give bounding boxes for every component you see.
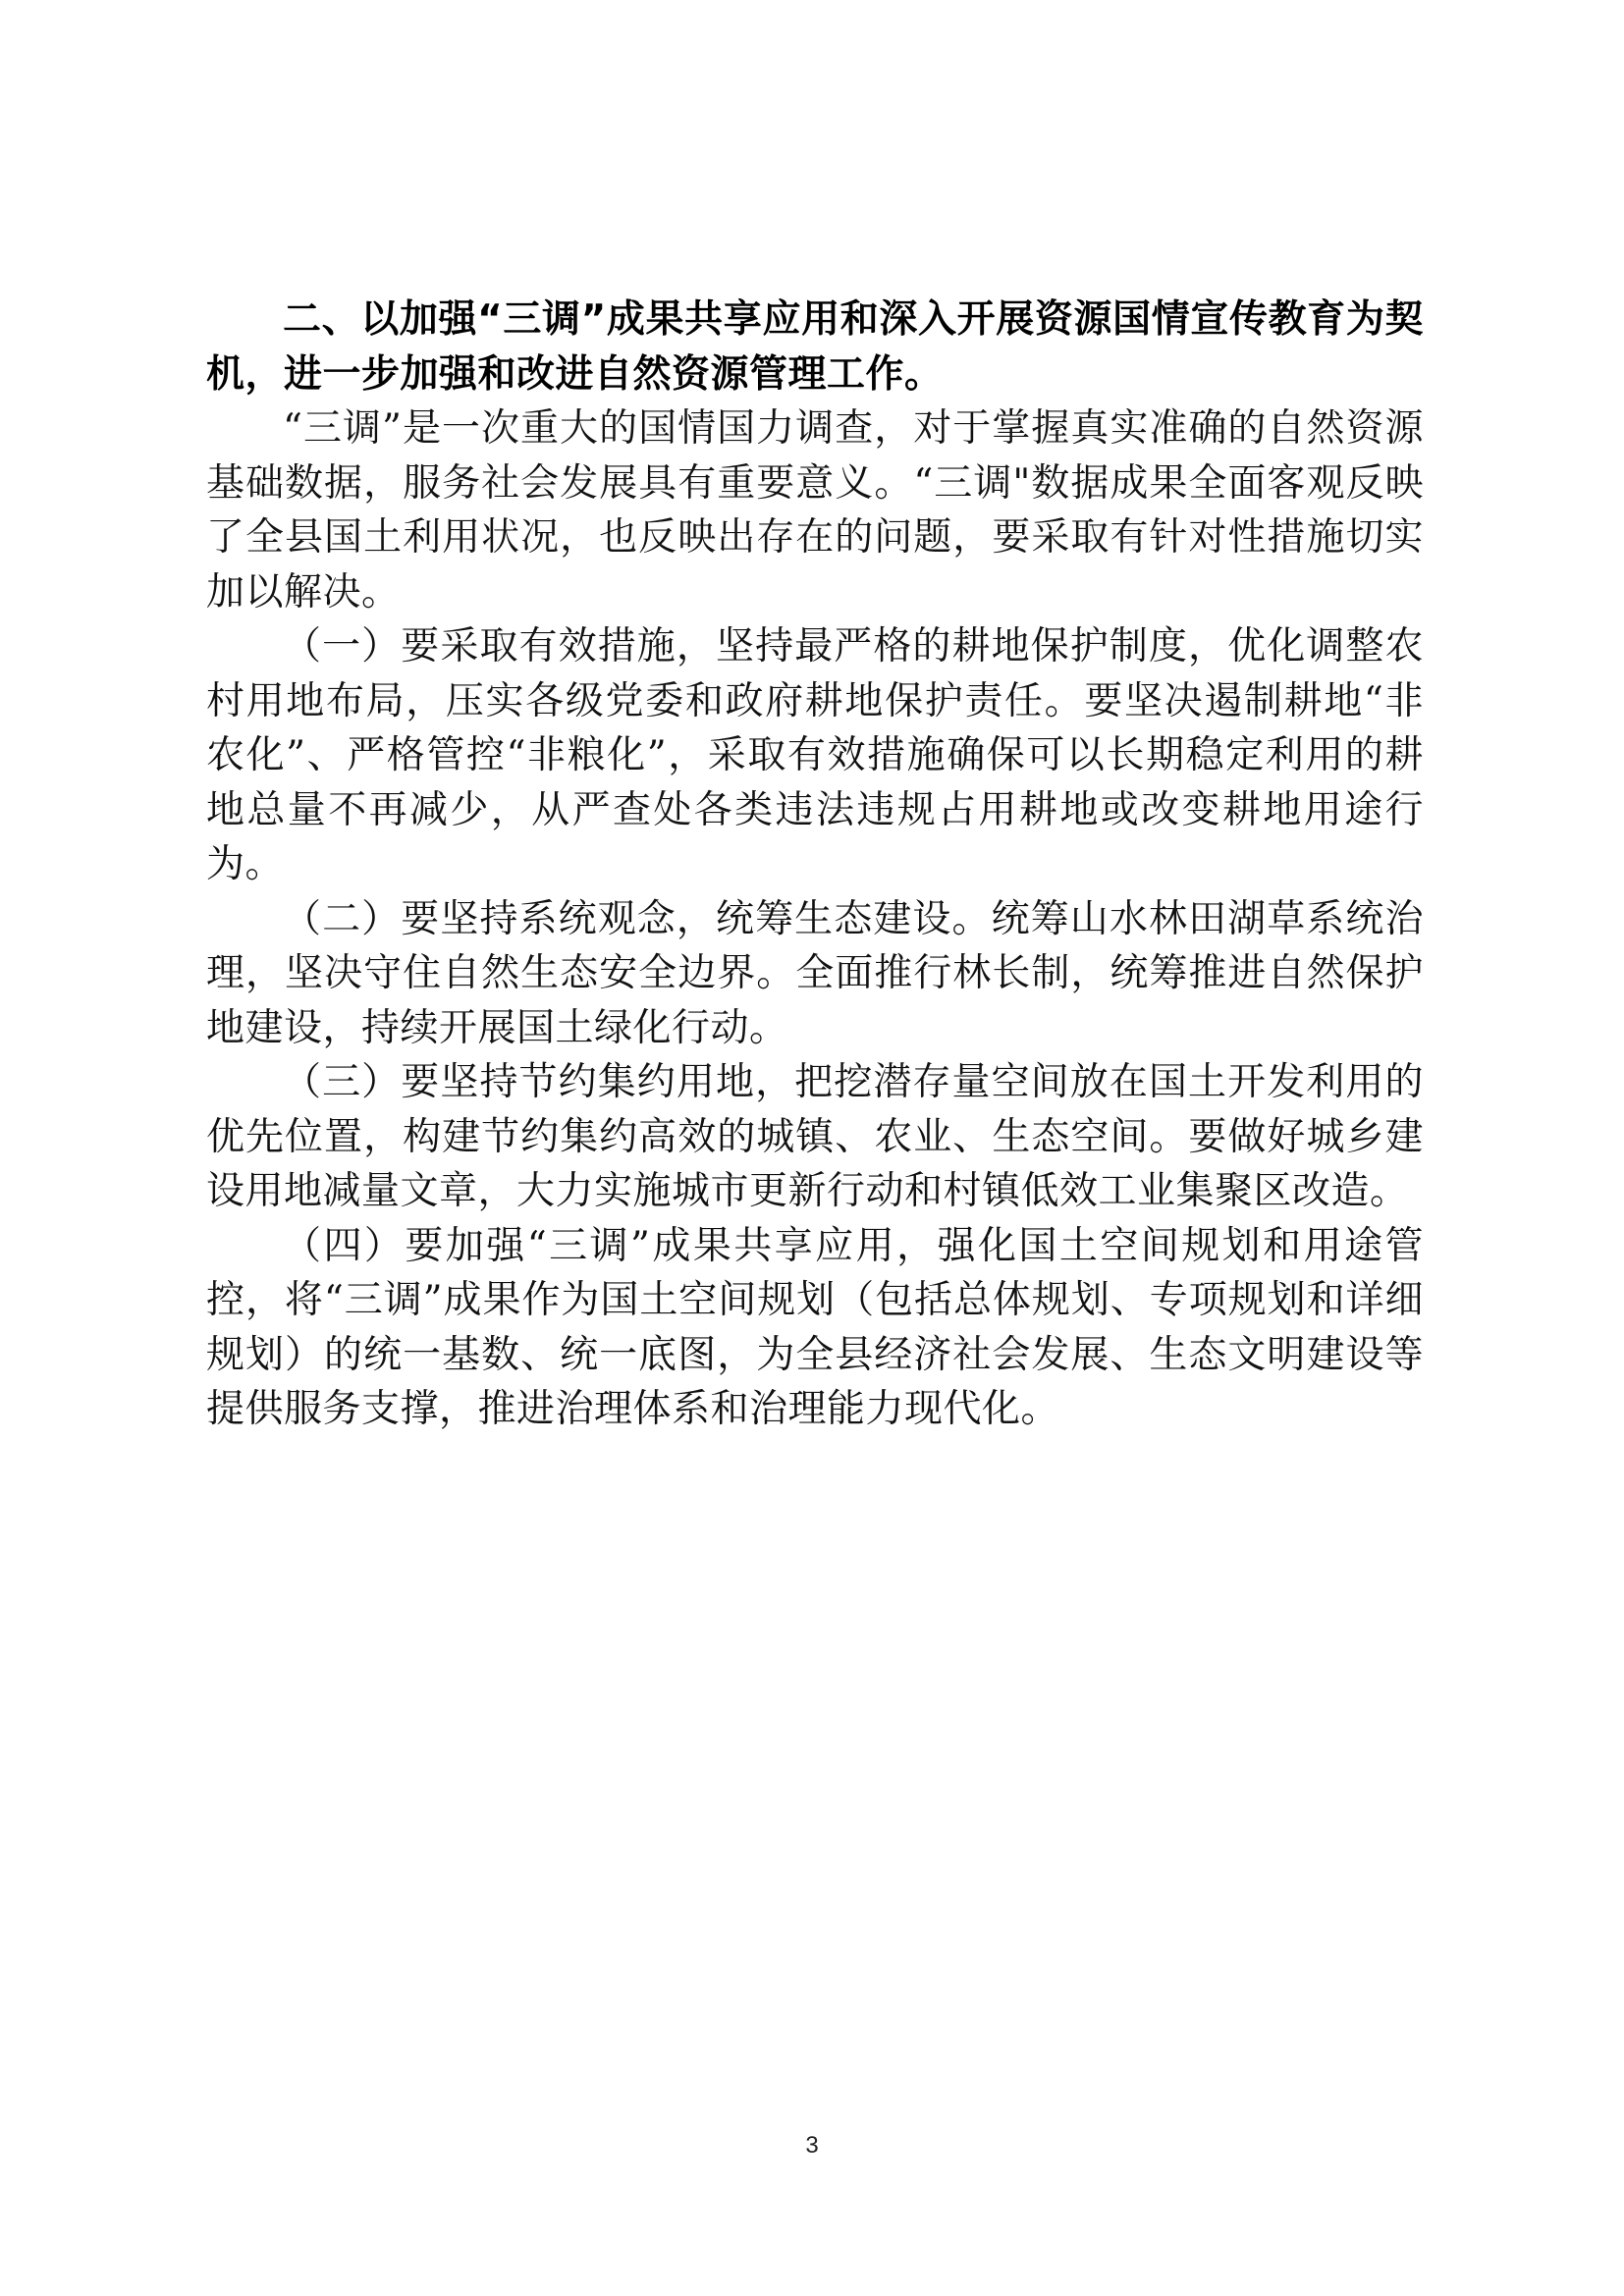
paragraph-intro: “三调”是一次重大的国情国力调查，对于掌握真实准确的自然资源基础数据，服务社会发… <box>206 401 1424 619</box>
document-page: 二、以加强“三调”成果共享应用和深入开展资源国情宣传教育为契机，进一步加强和改进… <box>0 0 1624 2296</box>
paragraph-item-1: （一）要采取有效措施，坚持最严格的耕地保护制度，优化调整农村用地布局，压实各级党… <box>206 619 1424 892</box>
section-heading: 二、以加强“三调”成果共享应用和深入开展资源国情宣传教育为契机，进一步加强和改进… <box>206 293 1424 401</box>
paragraph-item-2: （二）要坚持系统观念，统筹生态建设。统筹山水林田湖草系统治理，坚决守住自然生态安… <box>206 892 1424 1056</box>
paragraph-item-4: （四）要加强“三调”成果共享应用，强化国土空间规划和用途管控，将“三调”成果作为… <box>206 1219 1424 1437</box>
paragraph-item-3: （三）要坚持节约集约用地，把挖潜存量空间放在国土开发利用的优先位置，构建节约集约… <box>206 1055 1424 1219</box>
document-body: 二、以加强“三调”成果共享应用和深入开展资源国情宣传教育为契机，进一步加强和改进… <box>206 293 1424 1437</box>
page-number: 3 <box>0 2132 1624 2160</box>
